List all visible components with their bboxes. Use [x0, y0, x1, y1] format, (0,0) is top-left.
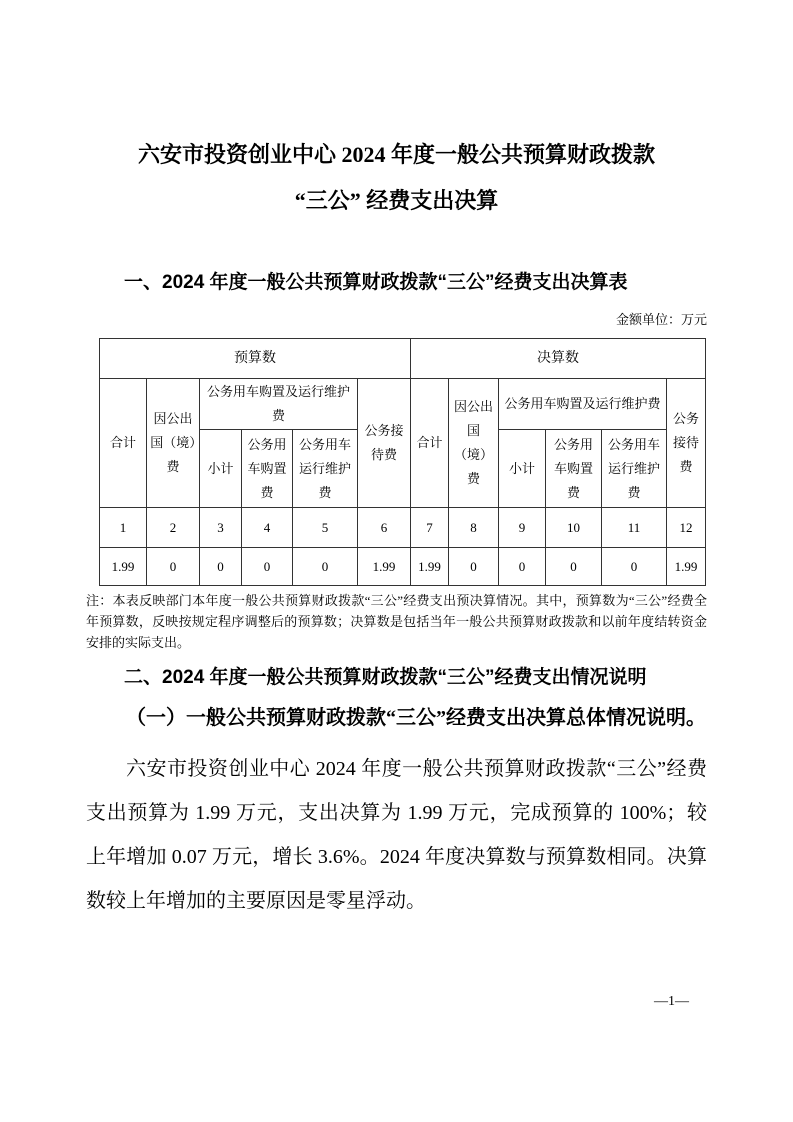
col-header-final-vehicle-operation: 公务用车运行维护费: [602, 430, 667, 508]
document-title-line2: “三公” 经费支出决算: [86, 178, 707, 224]
value-cell-budget-reception: 1.99: [358, 548, 411, 586]
value-cell-final-vehicle-operation: 0: [602, 548, 667, 586]
expense-summary-paragraph: 六安市投资创业中心 2024 年度一般公共预算财政拨款“三公”经费支出预算为 1…: [86, 747, 707, 923]
col-header-budget-reception: 公务接待费: [358, 379, 411, 508]
value-cell-budget-vehicle-purchase: 0: [242, 548, 293, 586]
column-number-cell: 11: [602, 508, 667, 548]
section-two-heading: 二、2024 年度一般公共预算财政拨款“三公”经费支出情况说明: [86, 659, 707, 697]
three-public-expense-table: 预算数 决算数 合计 因公出国（境）费 公务用车购置及运行维护费 公务接待费 合…: [99, 338, 706, 586]
col-header-final-abroad: 因公出国（境）费: [449, 379, 499, 508]
column-number-cell: 5: [293, 508, 358, 548]
table-row-group-headers: 预算数 决算数: [100, 339, 706, 379]
column-number-cell: 7: [411, 508, 449, 548]
column-number-cell: 3: [200, 508, 242, 548]
group-header-final: 决算数: [411, 339, 706, 379]
column-number-cell: 4: [242, 508, 293, 548]
value-cell-budget-vehicle-operation: 0: [293, 548, 358, 586]
value-cell-final-vehicle-subtotal: 0: [499, 548, 546, 586]
document-title: 六安市投资创业中心 2024 年度一般公共预算财政拨款 “三公” 经费支出决算: [86, 132, 707, 224]
col-header-budget-vehicle-operation: 公务用车运行维护费: [293, 430, 358, 508]
col-header-final-reception: 公务接待费: [667, 379, 706, 508]
column-number-cell: 1: [100, 508, 147, 548]
col-header-budget-vehicle-purchase: 公务用车购置费: [242, 430, 293, 508]
page-number: —1—: [654, 992, 689, 1012]
col-header-final-total: 合计: [411, 379, 449, 508]
column-number-cell: 10: [546, 508, 602, 548]
value-cell-budget-abroad: 0: [147, 548, 200, 586]
col-header-budget-vehicle-group: 公务用车购置及运行维护费: [200, 379, 358, 430]
col-header-final-vehicle-purchase: 公务用车购置费: [546, 430, 602, 508]
column-number-cell: 9: [499, 508, 546, 548]
column-number-cell: 8: [449, 508, 499, 548]
group-header-budget: 预算数: [100, 339, 411, 379]
value-cell-budget-vehicle-subtotal: 0: [200, 548, 242, 586]
value-cell-final-total: 1.99: [411, 548, 449, 586]
col-header-budget-total: 合计: [100, 379, 147, 508]
document-title-line1: 六安市投资创业中心 2024 年度一般公共预算财政拨款: [86, 132, 707, 178]
col-header-budget-abroad: 因公出国（境）费: [147, 379, 200, 508]
value-cell-final-vehicle-purchase: 0: [546, 548, 602, 586]
table-row-main-headers: 合计 因公出国（境）费 公务用车购置及运行维护费 公务接待费 合计 因公出国（境…: [100, 379, 706, 430]
value-cell-final-reception: 1.99: [667, 548, 706, 586]
section-one-heading: 一、2024 年度一般公共预算财政拨款“三公”经费支出决算表: [86, 264, 707, 302]
col-header-final-vehicle-subtotal: 小计: [499, 430, 546, 508]
column-number-cell: 2: [147, 508, 200, 548]
amount-unit-label: 金额单位：万元: [86, 310, 707, 330]
value-cell-budget-total: 1.99: [100, 548, 147, 586]
subsection-one-heading: （一）一般公共预算财政拨款“三公”经费支出决算总体情况说明。: [86, 699, 707, 737]
table-row-values: 1.99 0 0 0 0 1.99 1.99 0 0 0 0 1.99: [100, 548, 706, 586]
value-cell-final-abroad: 0: [449, 548, 499, 586]
table-row-column-numbers: 1 2 3 4 5 6 7 8 9 10 11 12: [100, 508, 706, 548]
column-number-cell: 6: [358, 508, 411, 548]
col-header-budget-vehicle-subtotal: 小计: [200, 430, 242, 508]
table-note: 注：本表反映部门本年度一般公共预算财政拨款“三公”经费支出预决算情况。其中，预算…: [86, 590, 707, 653]
col-header-final-vehicle-group: 公务用车购置及运行维护费: [499, 379, 667, 430]
column-number-cell: 12: [667, 508, 706, 548]
document-page: 六安市投资创业中心 2024 年度一般公共预算财政拨款 “三公” 经费支出决算 …: [0, 0, 793, 1122]
